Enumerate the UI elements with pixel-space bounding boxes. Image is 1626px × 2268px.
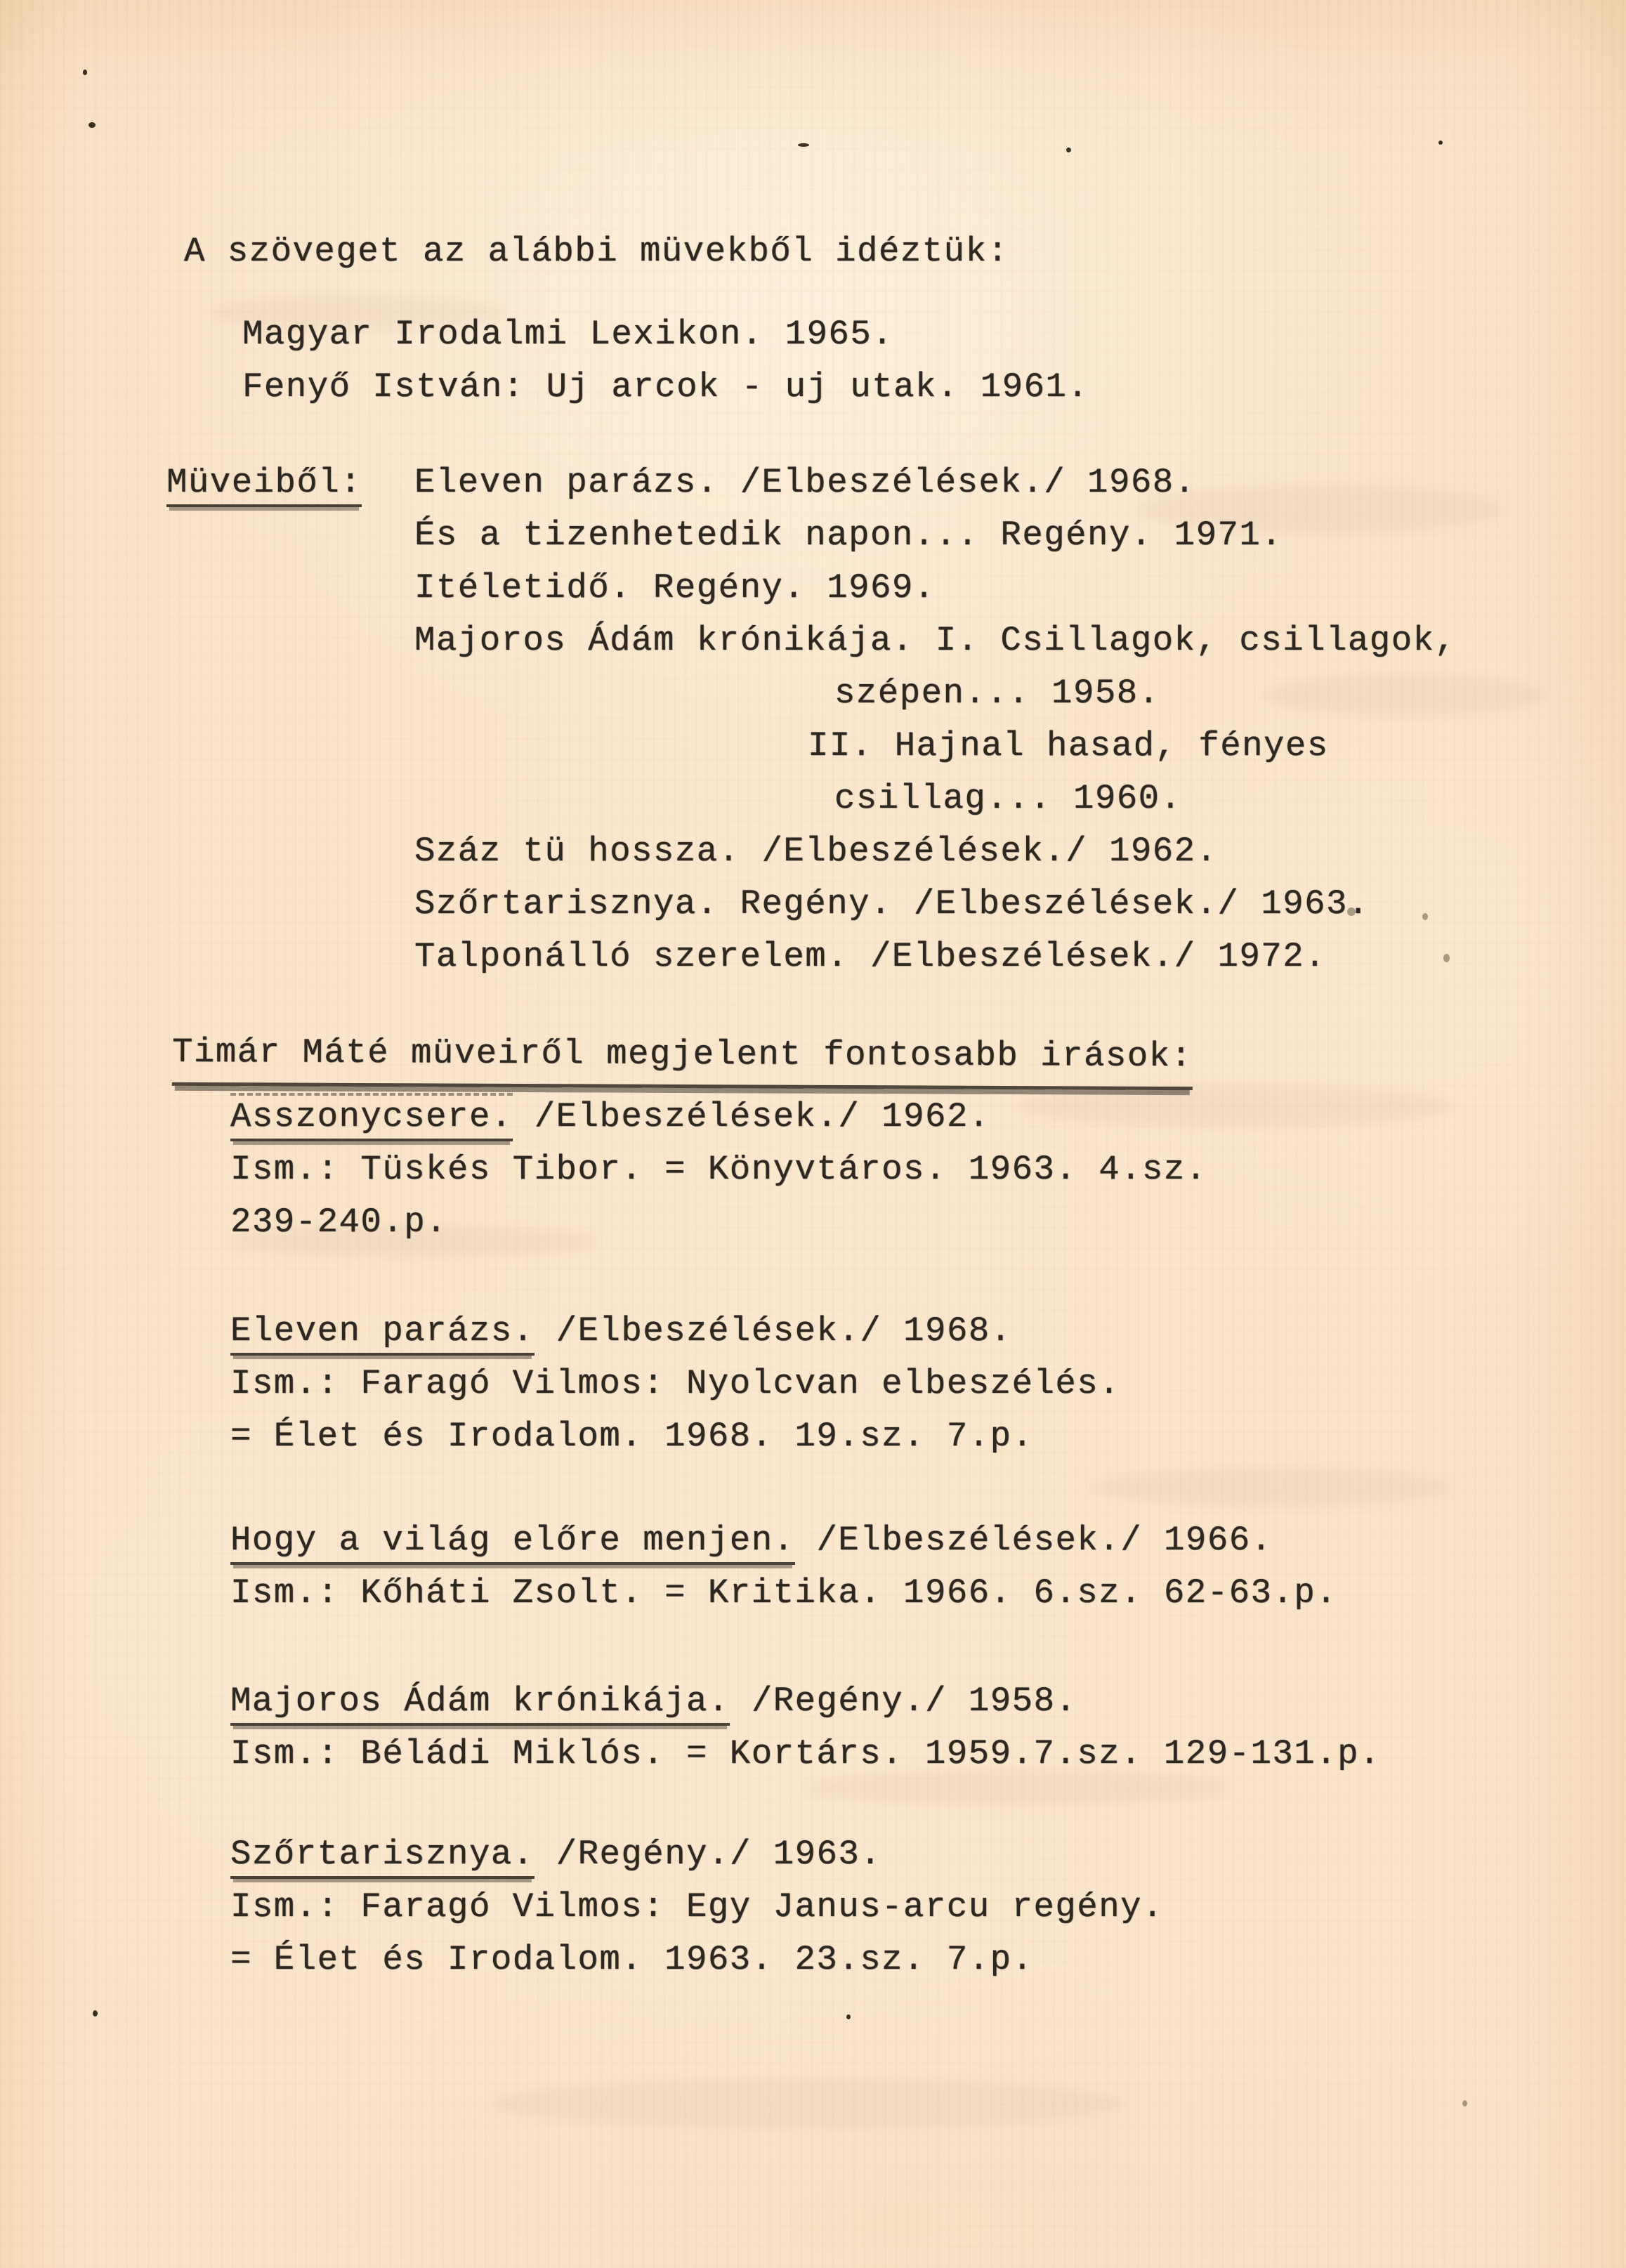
review-title: Eleven parázs. [230, 1311, 535, 1356]
work-line: Talponálló szerelem. /Elbeszélések./ 197… [414, 931, 1456, 983]
review-detail: /Regény./ 1963. [556, 1835, 882, 1874]
work-line: Itéletidő. Regény. 1969. [414, 562, 1456, 615]
review-line: 239-240.p. [230, 1196, 1207, 1249]
ghost-smudge [492, 2079, 1124, 2128]
review-detail: /Elbeszélések./ 1962. [535, 1097, 990, 1136]
review-detail: /Elbeszélések./ 1968. [556, 1311, 1012, 1351]
ink-speck [93, 2010, 98, 2017]
review-line: = Élet és Irodalom. 1968. 19.sz. 7.p. [230, 1410, 1120, 1463]
review-detail: /Elbeszélések./ 1966. [817, 1521, 1273, 1560]
review-line: Ism.: Kőháti Zsolt. = Kritika. 1966. 6.s… [230, 1567, 1337, 1620]
work-line: És a tizenhetedik napon... Regény. 1971. [414, 509, 1456, 562]
work-line: II. Hajnal hasad, fényes [808, 720, 1456, 773]
reviews-heading: Timár Máté müveiről megjelent fontosabb … [172, 1028, 1193, 1088]
work-line: szépen... 1958. [834, 667, 1456, 720]
ink-speck [83, 70, 87, 75]
review-title: Asszonycsere. [230, 1093, 513, 1141]
ink-speck [846, 2014, 851, 2019]
review-section: Asszonycsere./Elbeszélések./ 1962. Ism.:… [230, 1091, 1207, 1249]
work-line: csillag... 1960. [834, 773, 1456, 825]
ink-speck [798, 143, 809, 147]
source-line: Magyar Irodalmi Lexikon. 1965. [242, 308, 1089, 361]
works-label: Müveiből: [166, 457, 362, 509]
intro-line: A szöveget az alábbi müvekből idéztük: [184, 225, 1009, 278]
works-section: Müveiből: Eleven parázs. /Elbeszélések./… [166, 457, 1456, 983]
review-title: Majoros Ádám krónikája. [230, 1682, 730, 1726]
ghost-smudge [1089, 1468, 1454, 1507]
review-title: Hogy a világ előre menjen. [230, 1521, 795, 1565]
source-line: Fenyő István: Uj arcok - uj utak. 1961. [242, 361, 1089, 414]
ink-speck [1438, 140, 1443, 145]
scanned-document-page: { "document": { "intro": "A szöveget az … [0, 0, 1626, 2268]
work-line: Szőrtarisznya. Regény. /Elbeszélések./ 1… [414, 878, 1456, 931]
review-section: Szőrtarisznya./Regény./ 1963. Ism.: Fara… [230, 1828, 1164, 1986]
review-section: Hogy a világ előre menjen./Elbeszélések.… [230, 1514, 1337, 1620]
ink-speck [1462, 2100, 1467, 2106]
review-line: Ism.: Faragó Vilmos: Nyolcvan elbeszélés… [230, 1358, 1120, 1410]
work-line: Eleven parázs. /Elbeszélések./ 1968. [414, 457, 1456, 509]
ink-speck [1066, 148, 1071, 152]
work-line: Majoros Ádám krónikája. I. Csillagok, cs… [414, 615, 1456, 667]
review-section: Majoros Ádám krónikája./Regény./ 1958. I… [230, 1675, 1381, 1781]
work-line: Száz tü hossza. /Elbeszélések./ 1962. [414, 825, 1456, 878]
review-line: Ism.: Béládi Miklós. = Kortárs. 1959.7.s… [230, 1728, 1381, 1781]
review-section: Eleven parázs./Elbeszélések./ 1968. Ism.… [230, 1305, 1120, 1463]
review-detail: /Regény./ 1958. [752, 1682, 1077, 1721]
review-line: Ism.: Faragó Vilmos: Egy Janus-arcu regé… [230, 1881, 1164, 1934]
ink-speck [88, 122, 96, 128]
review-line: Ism.: Tüskés Tibor. = Könyvtáros. 1963. … [230, 1143, 1207, 1196]
review-title: Szőrtarisznya. [230, 1835, 535, 1879]
review-line: = Élet és Irodalom. 1963. 23.sz. 7.p. [230, 1934, 1164, 1986]
